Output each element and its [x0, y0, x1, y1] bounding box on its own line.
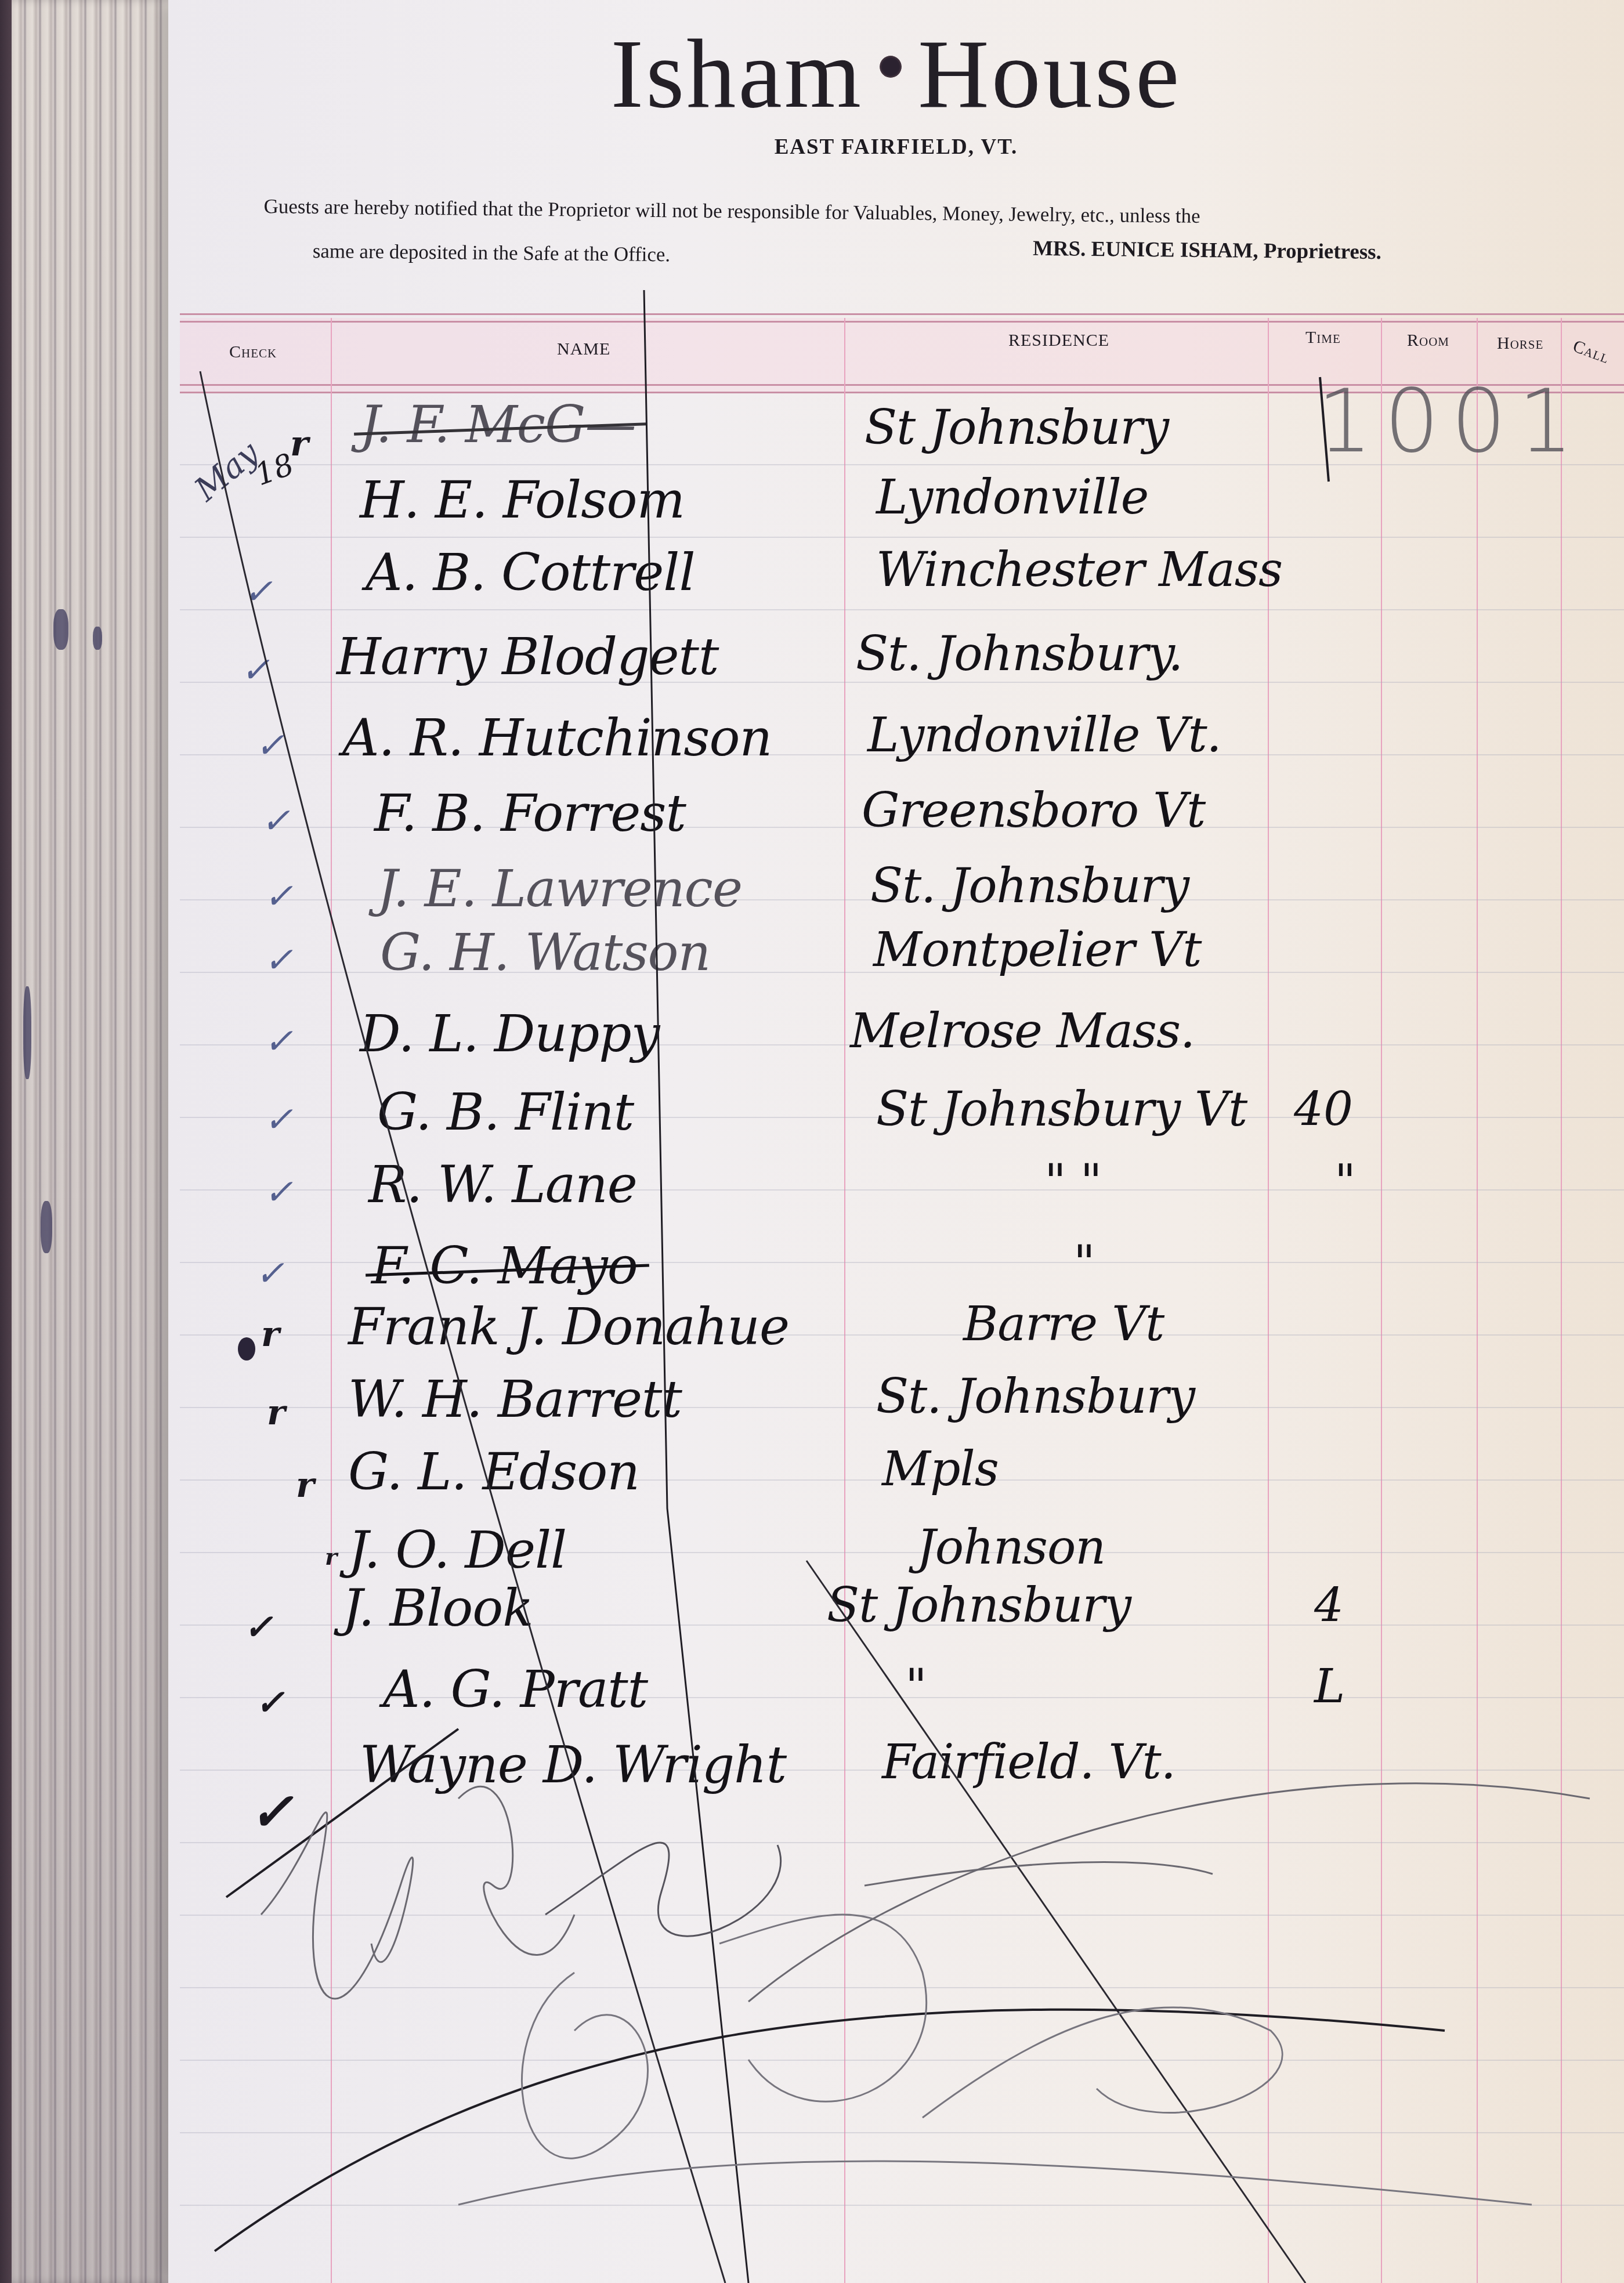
pencil-scribbles — [168, 0, 1624, 2283]
pencil-curve — [458, 2161, 1532, 2205]
photo-background: IshamHouse EAST FAIRFIELD, VT. Guests ar… — [0, 0, 1624, 2283]
pencil-loop — [719, 1915, 927, 2101]
ink-stain — [93, 627, 102, 650]
pencil-stroke — [226, 1729, 458, 1897]
pencil-loop — [923, 2007, 1282, 2118]
pencil-loop — [261, 1812, 413, 1999]
ink-stain — [41, 1201, 52, 1253]
pencil-curve — [748, 1783, 1590, 2002]
ink-stain — [53, 609, 68, 650]
register-page: IshamHouse EAST FAIRFIELD, VT. Guests ar… — [168, 0, 1624, 2283]
pencil-loop — [545, 1843, 781, 1936]
pencil-vertical-line — [644, 290, 748, 2283]
pencil-curve — [865, 1862, 1213, 1886]
pencil-diagonal-line — [200, 371, 725, 2283]
pencil-curve — [215, 2010, 1445, 2251]
ink-stain — [23, 986, 31, 1079]
pencil-loop — [522, 1973, 648, 2158]
pencil-loop — [458, 1786, 574, 1955]
pencil-stroke — [1320, 377, 1329, 482]
book-page-edges — [12, 0, 186, 2283]
